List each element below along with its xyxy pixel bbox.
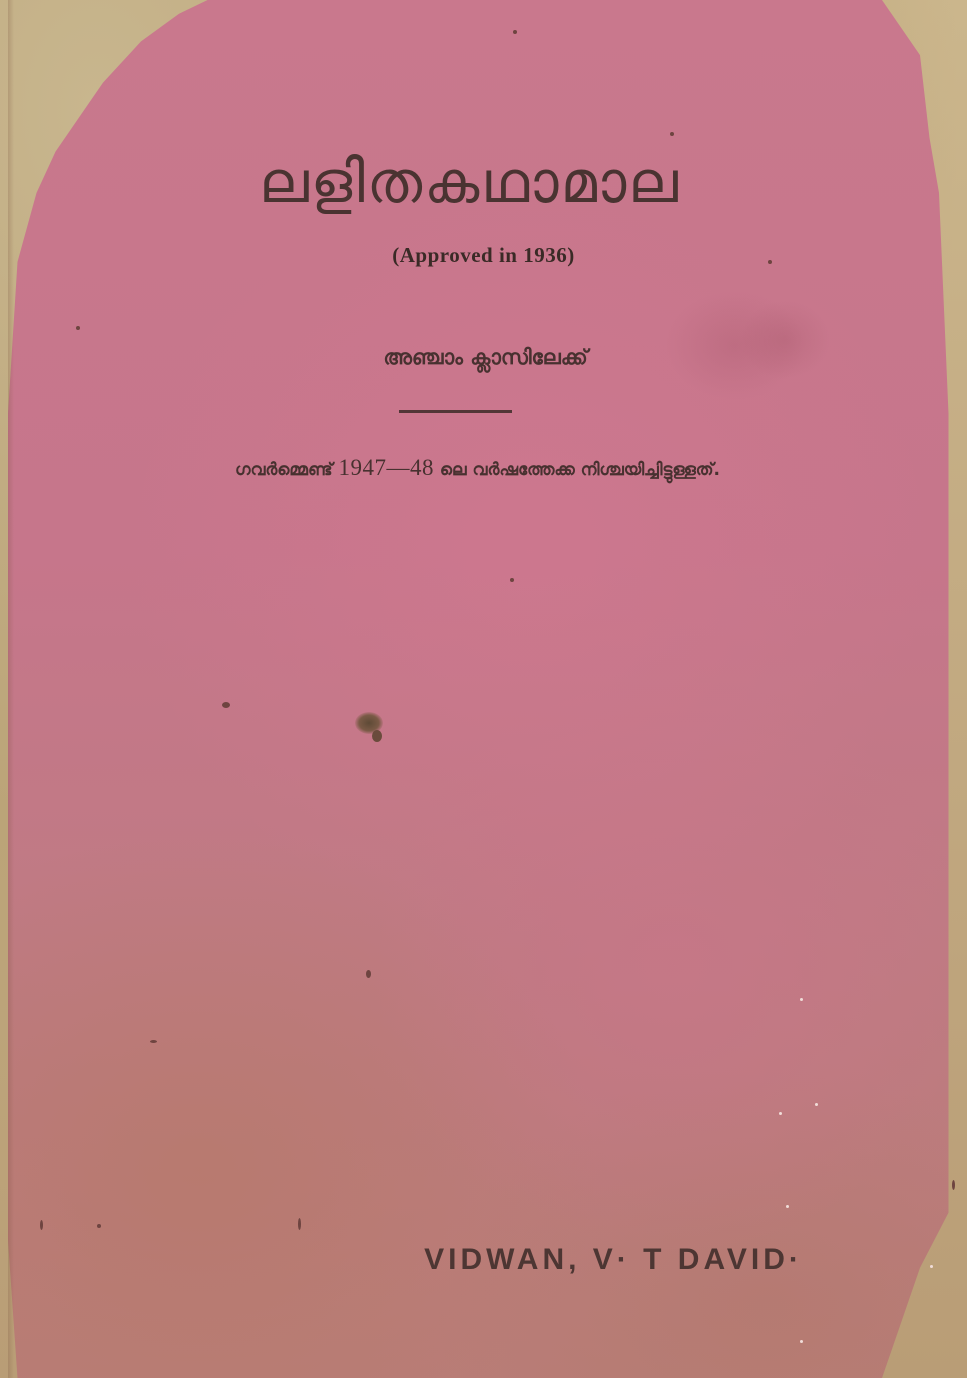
government-suffix: ലെ വർഷത്തേക്ക നിശ്ചയിച്ചിട്ടുള്ളത്. [440,460,720,480]
speck [800,1340,803,1343]
speck [76,326,80,330]
government-approval-line: ഗവർമ്മെണ്ട് 1947—48 ലെ വർഷത്തേക്ക നിശ്ചയ… [0,455,961,481]
speck [97,1224,101,1228]
speck [510,578,514,582]
speck [815,1103,818,1106]
author-name: VIDWAN, V· T DAVID· [130,1243,967,1277]
speck [40,1220,43,1230]
speck [150,1040,157,1043]
speck [800,998,803,1001]
speck [298,1218,301,1230]
speck [366,970,371,978]
divider-rule [399,410,512,413]
book-title: ലളിതകഥാമാല [0,148,953,217]
approval-note: (Approved in 1936) [0,243,967,268]
grade-line: അഞ്ചാം ക്ലാസിലേക്ക് [2,345,967,370]
government-prefix: ഗവർമ്മെണ്ട് [235,460,333,480]
speck [222,702,230,708]
speck [513,30,517,34]
speck [952,1180,955,1190]
academic-years: 1947—48 [339,455,435,480]
speck [786,1205,789,1208]
ink-stain [372,730,382,742]
speck [670,132,674,136]
speck [779,1112,782,1115]
